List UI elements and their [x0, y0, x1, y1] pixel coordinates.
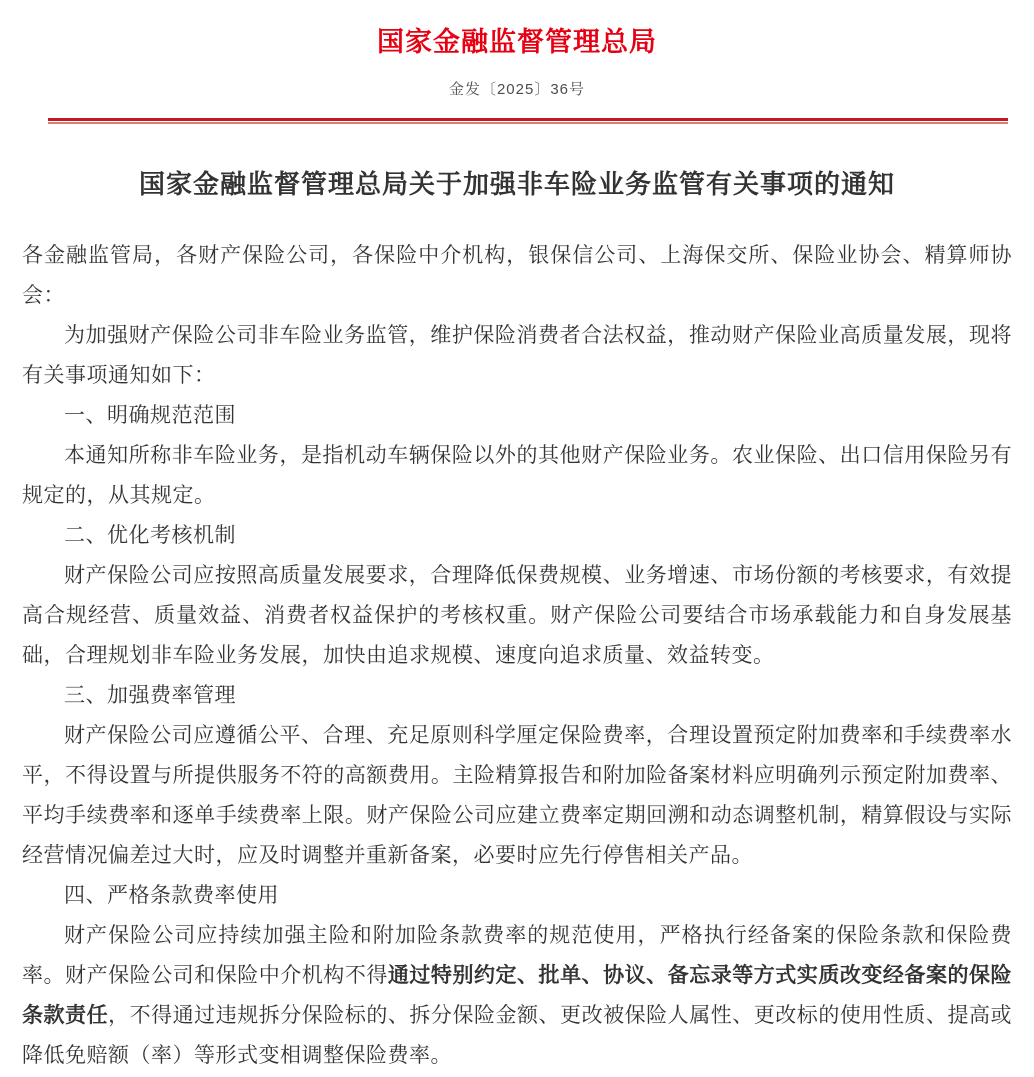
section-heading: 四、严格条款费率使用 [22, 876, 1012, 916]
issuing-authority: 国家金融监督管理总局 [0, 0, 1034, 59]
divider-thin-line [48, 122, 1008, 124]
body-paragraph: 为加强财产保险公司非车险业务监管，维护保险消费者合法权益，推动财产保险业高质量发… [22, 316, 1012, 396]
body-paragraph: 财产保险公司应按照高质量发展要求，合理降低保费规模、业务增速、市场份额的考核要求… [22, 556, 1012, 676]
divider-thick-line [48, 118, 1008, 121]
section-heading: 一、明确规范范围 [22, 396, 1012, 436]
document-body: 各金融监管局，各财产保险公司，各保险中介机构，银保信公司、上海保交所、保险业协会… [0, 236, 1034, 1076]
body-paragraph: 财产保险公司应持续加强主险和附加险条款费率的规范使用，严格执行经备案的保险条款和… [22, 916, 1012, 1076]
text-segment: ，不得通过违规拆分保险标的、拆分保险金额、更改被保险人属性、更改标的使用性质、提… [22, 1004, 1012, 1067]
body-paragraph: 财产保险公司应遵循公平、合理、充足原则科学厘定保险费率，合理设置预定附加费率和手… [22, 716, 1012, 876]
document-number: 金发〔2025〕36号 [0, 80, 1034, 99]
document-title: 国家金融监督管理总局关于加强非车险业务监管有关事项的通知 [0, 168, 1034, 200]
body-paragraph: 本通知所称非车险业务，是指机动车辆保险以外的其他财产保险业务。农业保险、出口信用… [22, 436, 1012, 516]
section-heading: 三、加强费率管理 [22, 676, 1012, 716]
section-heading: 二、优化考核机制 [22, 516, 1012, 556]
salutation-paragraph: 各金融监管局，各财产保险公司，各保险中介机构，银保信公司、上海保交所、保险业协会… [22, 236, 1012, 316]
red-divider [48, 118, 1008, 124]
notice-document: 国家金融监督管理总局 金发〔2025〕36号 国家金融监督管理总局关于加强非车险… [0, 0, 1034, 1077]
